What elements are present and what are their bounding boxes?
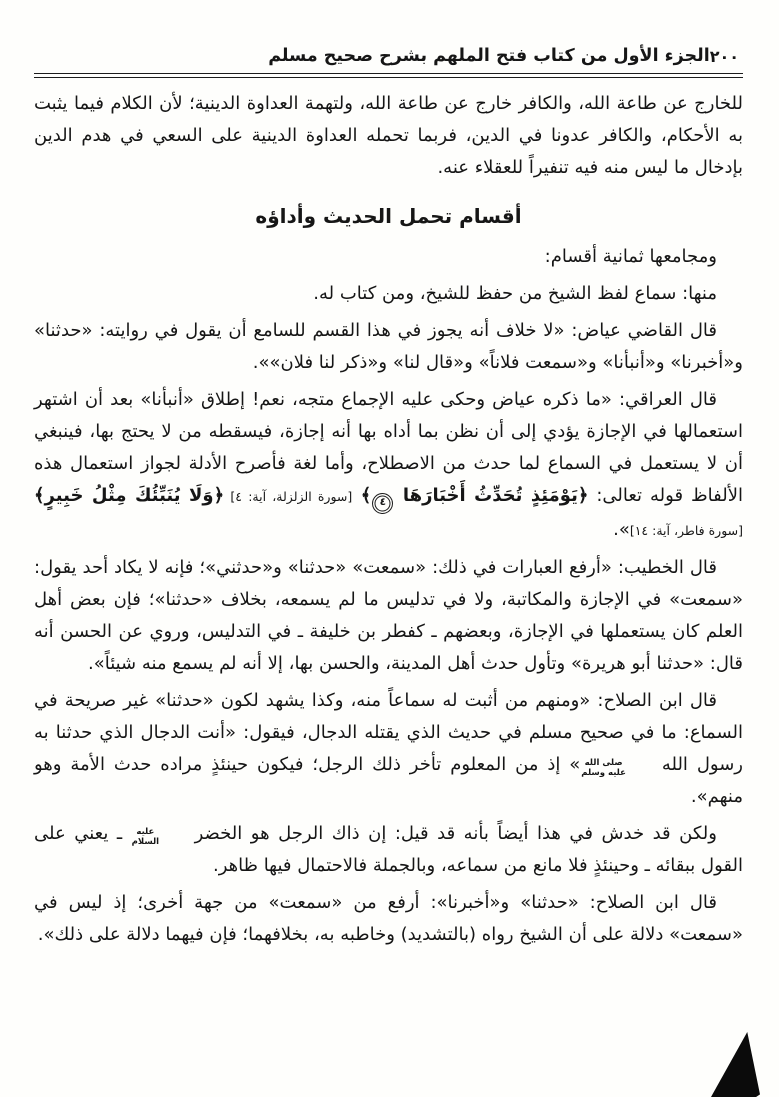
honorific-saw-line2: عليه وسلم [581, 769, 652, 779]
paragraph-qadi-iyad: قال القاضي عياض: «لا خلاف أنه يجوز في هذ… [34, 315, 743, 379]
paragraph-majami: ومجامعها ثمانية أقسام: [34, 241, 743, 273]
paragraph-ibn-salah-arfa: قال ابن الصلاح: «حدثنا» و«أخبرنا»: أرفع … [34, 887, 743, 951]
khidr-text-before: ولكن قد خدش في هذا أيضاً بأنه قد قيل: إن… [186, 823, 717, 844]
header-rule [34, 73, 743, 78]
verse-reference-fatir: [سورة فاطر، آية: ١٤] [630, 523, 743, 538]
section-heading: أقسام تحمل الحديث وأداؤه [34, 200, 743, 232]
paragraph-khatib: قال الخطيب: «أرفع العبارات في ذلك: «سمعت… [34, 552, 743, 680]
ayah-number-medallion: ٤ [372, 493, 393, 514]
paragraph-khidr: ولكن قد خدش في هذا أيضاً بأنه قد قيل: إن… [34, 818, 743, 882]
running-header: ٢٠٠ الجزء الأول من كتاب فتح الملهم بشرح … [34, 46, 743, 73]
quran-verse-zalzalah-close: ﴾ [352, 485, 371, 506]
page-number: ٢٠٠ [710, 47, 739, 66]
honorific-alayhi-salam: عليهالسلام [132, 828, 185, 847]
iraqi-closing-quote: ». [613, 519, 630, 540]
page-body: للخارج عن طاعة الله، والكافر خارج عن طاع… [34, 88, 743, 951]
quran-verse-zalzalah: ﴿يَوْمَئِذٍ تُحَدِّثُ أَخْبَارَهَا [394, 485, 588, 506]
paragraph-minha: منها: سماع لفظ الشيخ من حفظ للشيخ، ومن ك… [34, 278, 743, 310]
book-title: الجزء الأول من كتاب فتح الملهم بشرح صحيح… [0, 46, 710, 66]
paragraph-ibn-salah-hadathana: قال ابن الصلاح: «ومنهم من أثبت له سماعاً… [34, 685, 743, 813]
quran-verse-fatir: ﴿وَلَا يُنَبِّئُكَ مِثْلُ خَبِيرٍ﴾ [34, 485, 224, 506]
paragraph-iraqi: قال العراقي: «ما ذكره عياض وحكى عليه الإ… [34, 384, 743, 547]
honorific-as-line2: السلام [132, 838, 185, 848]
honorific-saw: صلى اللهعليه وسلم [581, 759, 652, 778]
verse-reference-zalzalah: [سورة الزلزلة، آية: ٤] [224, 489, 352, 504]
scan-corner-artifact [711, 1032, 760, 1097]
paragraph-continuation: للخارج عن طاعة الله، والكافر خارج عن طاع… [34, 88, 743, 184]
book-page: ٢٠٠ الجزء الأول من كتاب فتح الملهم بشرح … [0, 0, 779, 1097]
